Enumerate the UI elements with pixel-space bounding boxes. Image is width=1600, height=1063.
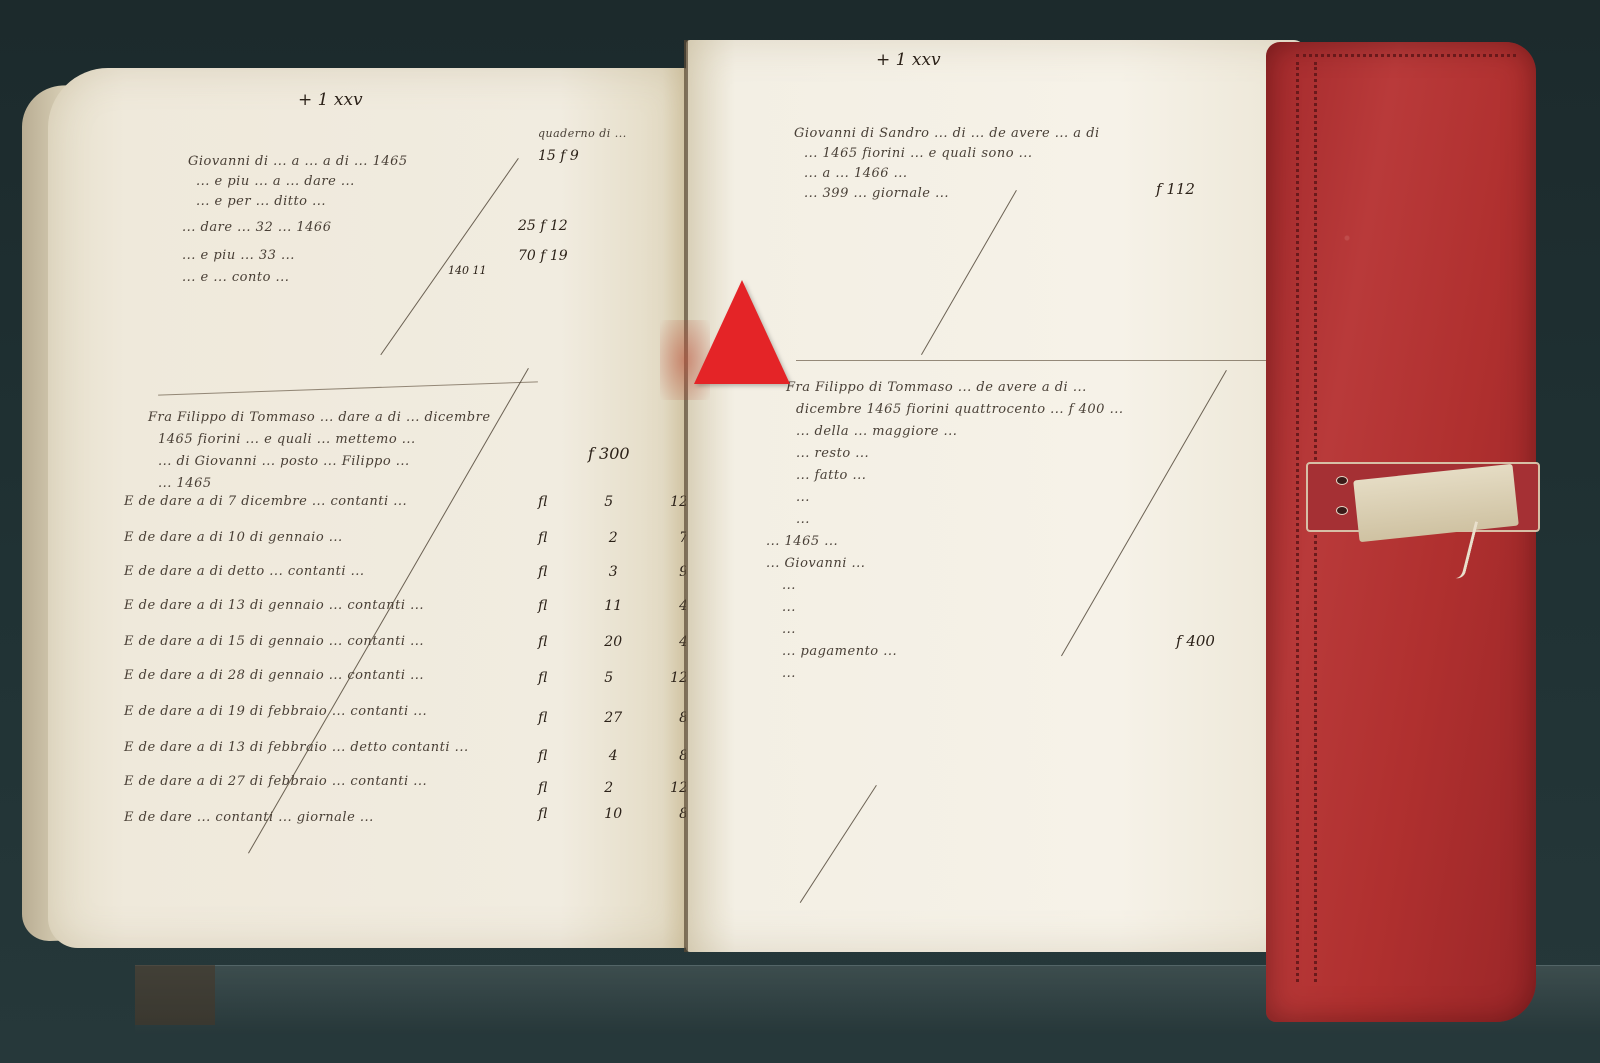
red-leather-cover	[1266, 42, 1536, 1022]
row-amounts: fl114	[538, 598, 688, 614]
red-paper-bookmark	[694, 280, 790, 384]
folio-heading: + 1 xxv	[298, 90, 363, 110]
entry-line: ... dare ... 32 ... 1466	[182, 218, 331, 238]
entry-line: dicembre 1465 fiorini quattrocento ... f…	[796, 400, 1123, 420]
entry-line: ...	[782, 576, 796, 596]
entry-line: ... della ... maggiore ...	[796, 422, 957, 442]
ledger-row: E de dare a di 7 dicembre ... contanti .…	[124, 492, 407, 512]
cancellation-stroke	[800, 785, 877, 903]
entry-line: ...	[796, 488, 810, 508]
entry-line: ...	[782, 598, 796, 618]
amount: 15 f 9	[538, 148, 579, 164]
row-amounts: fl512	[538, 494, 688, 510]
amount: f 300	[588, 444, 630, 463]
entry-divider	[796, 360, 1276, 361]
cancellation-stroke	[921, 190, 1017, 355]
amount: 70 f 19	[518, 248, 568, 264]
entry-line: ...	[782, 664, 796, 684]
amount: 25 f 12	[518, 218, 568, 234]
ledger-row: E de dare a di 13 di febbraio ... detto …	[124, 738, 469, 758]
margin-note: quaderno di ...	[538, 124, 627, 144]
entry-line: Fra Filippo di Tommaso ... de avere a di…	[786, 378, 1087, 398]
row-amounts: fl204	[538, 634, 688, 650]
entry-line: ... Giovanni ...	[766, 554, 865, 574]
strap-hole	[1336, 506, 1348, 515]
entry-line: ... 1465	[158, 474, 212, 494]
photo-scene: + 1 xxv quaderno di ... Giovanni di ... …	[0, 0, 1600, 1063]
entry-line: ... e piu ... a ... dare ...	[196, 172, 355, 192]
entry-line: ... e ... conto ...	[182, 268, 289, 288]
row-amounts: fl278	[538, 710, 688, 726]
amount: f 112	[1156, 180, 1195, 198]
strap-hole	[1336, 476, 1348, 485]
ledger-row: E de dare a di 19 di febbraio ... contan…	[124, 702, 427, 722]
entry-line: 1465 fiorini ... e quali ... mettemo ...	[158, 430, 416, 450]
entry-line: ... resto ...	[796, 444, 869, 464]
entry-line: Giovanni di Sandro ... di ... de avere .…	[794, 124, 1100, 144]
entry-line: ... e per ... ditto ...	[196, 192, 326, 212]
ledger-row: E de dare a di 27 di febbraio ... contan…	[124, 772, 427, 792]
entry-line: ...	[782, 620, 796, 640]
entry-line: ... a ... 1466 ...	[804, 164, 908, 184]
row-amounts: fl39	[538, 564, 688, 580]
entry-line: ... e piu ... 33 ...	[182, 246, 295, 266]
ledger-row: E de dare a di detto ... contanti ...	[124, 562, 365, 582]
entry-line: ...	[796, 510, 810, 530]
ledger-row: E de dare a di 15 di gennaio ... contant…	[124, 632, 424, 652]
entry-line: ... 399 ... giornale ...	[804, 184, 949, 204]
entry-line: ... 1465 fiorini ... e quali sono ...	[804, 144, 1033, 164]
entry-line: Giovanni di ... a ... a di ... 1465	[188, 152, 408, 172]
subtotal: 140 11	[448, 264, 487, 277]
entry-divider	[158, 381, 538, 395]
entry-line: ... pagamento ...	[782, 642, 897, 662]
row-amounts: fl48	[538, 748, 688, 764]
book-gutter	[684, 40, 688, 952]
left-page: + 1 xxv quaderno di ... Giovanni di ... …	[48, 68, 688, 948]
folio-heading: + 1 xxv	[876, 50, 941, 70]
shelf-shadow	[135, 965, 215, 1025]
ledger-row: E de dare a di 10 di gennaio ...	[124, 528, 343, 548]
ledger-row: E de dare a di 28 di gennaio ... contant…	[124, 666, 424, 686]
row-amounts: fl212	[538, 780, 688, 796]
cover-stitching	[1296, 54, 1516, 63]
ledger-row: E de dare ... contanti ... giornale ...	[124, 808, 374, 828]
cancellation-stroke	[380, 158, 519, 355]
ledger-row: E de dare a di 13 di gennaio ... contant…	[124, 596, 424, 616]
amount: f 400	[1176, 632, 1215, 650]
total-row: fl108	[538, 806, 688, 822]
entry-line: ... di Giovanni ... posto ... Filippo ..…	[158, 452, 410, 472]
entry-line: Fra Filippo di Tommaso ... dare a di ...…	[148, 408, 491, 428]
entry-line: ... fatto ...	[796, 466, 866, 486]
entry-line: ... 1465 ...	[766, 532, 838, 552]
row-amounts: fl27	[538, 530, 688, 546]
right-page: + 1 xxv Giovanni di Sandro ... di ... de…	[686, 40, 1304, 952]
row-amounts: fl512	[538, 670, 688, 686]
